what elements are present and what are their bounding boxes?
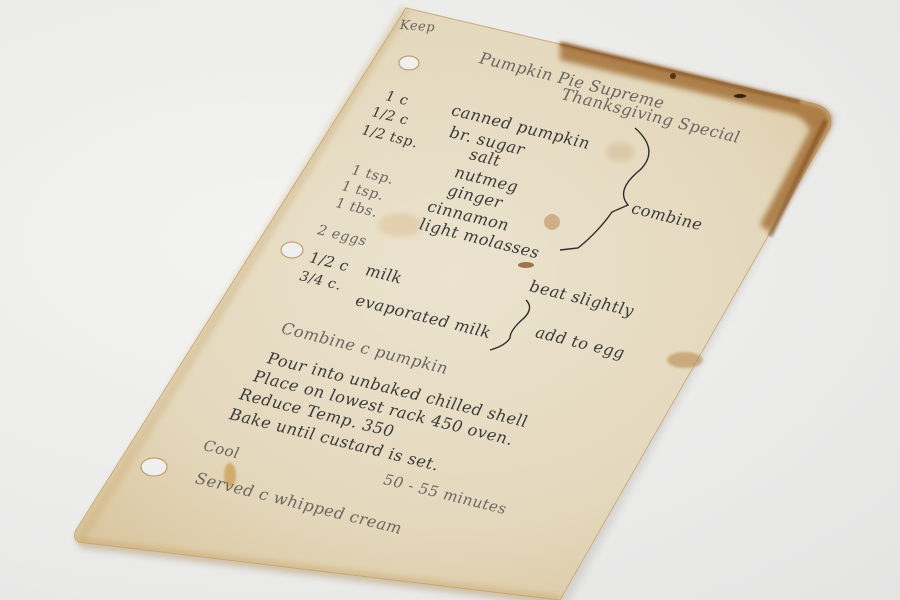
corner-note: Keep (399, 18, 435, 35)
punch-hole (141, 458, 167, 476)
punch-hole (281, 242, 303, 258)
stain-spot (518, 262, 534, 268)
stain-spot (544, 214, 560, 230)
stain-dot (670, 73, 676, 79)
punch-hole (399, 56, 419, 70)
recipe-card-paper (0, 0, 900, 600)
photo-scene: Keep Pumpkin Pie Supreme Thanksgiving Sp… (0, 0, 900, 600)
